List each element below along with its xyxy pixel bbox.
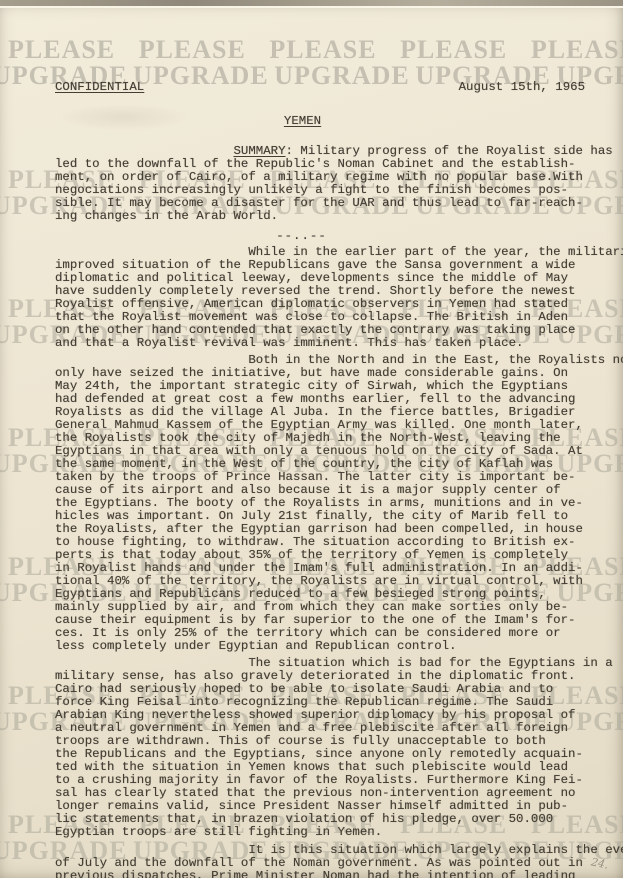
watermark-word: PLEASE xyxy=(531,36,623,64)
paragraph-4: The situation which is bad for the Egypt… xyxy=(55,657,623,839)
summary-label: SUMMARY xyxy=(233,144,285,158)
classification-label: CONFIDENTIAL xyxy=(55,80,144,94)
paragraph-5: It is this situation which largely expla… xyxy=(55,844,623,878)
document-page: PLEASEPLEASEPLEASEPLEASEPLEASEUPGRADEUPG… xyxy=(0,0,623,878)
paragraph-2: While in the earlier part of the year, t… xyxy=(55,246,623,350)
summary-paragraph: SUMMARY: Military progress of the Royali… xyxy=(55,145,623,223)
watermark-word: PLEASE xyxy=(269,36,376,64)
watermark-row: PLEASEPLEASEPLEASEPLEASEPLEASE xyxy=(8,36,623,64)
watermark-word: PLEASE xyxy=(139,36,246,64)
watermark-word: PLEASE xyxy=(8,36,115,64)
paragraph-3: Both in the North and in the East, the R… xyxy=(55,354,623,653)
document-content: CONFIDENTIAL August 15th, 1965 YEMEN SUM… xyxy=(0,80,623,878)
section-separator: --..-- xyxy=(34,230,569,243)
document-title: YEMEN xyxy=(284,114,321,128)
scan-top-edge xyxy=(0,0,623,6)
summary-indent xyxy=(55,144,233,158)
title-row: YEMEN xyxy=(35,114,570,128)
document-header: CONFIDENTIAL August 15th, 1965 xyxy=(55,80,585,94)
watermark-word: PLEASE xyxy=(400,36,507,64)
document-date: August 15th, 1965 xyxy=(459,80,585,94)
